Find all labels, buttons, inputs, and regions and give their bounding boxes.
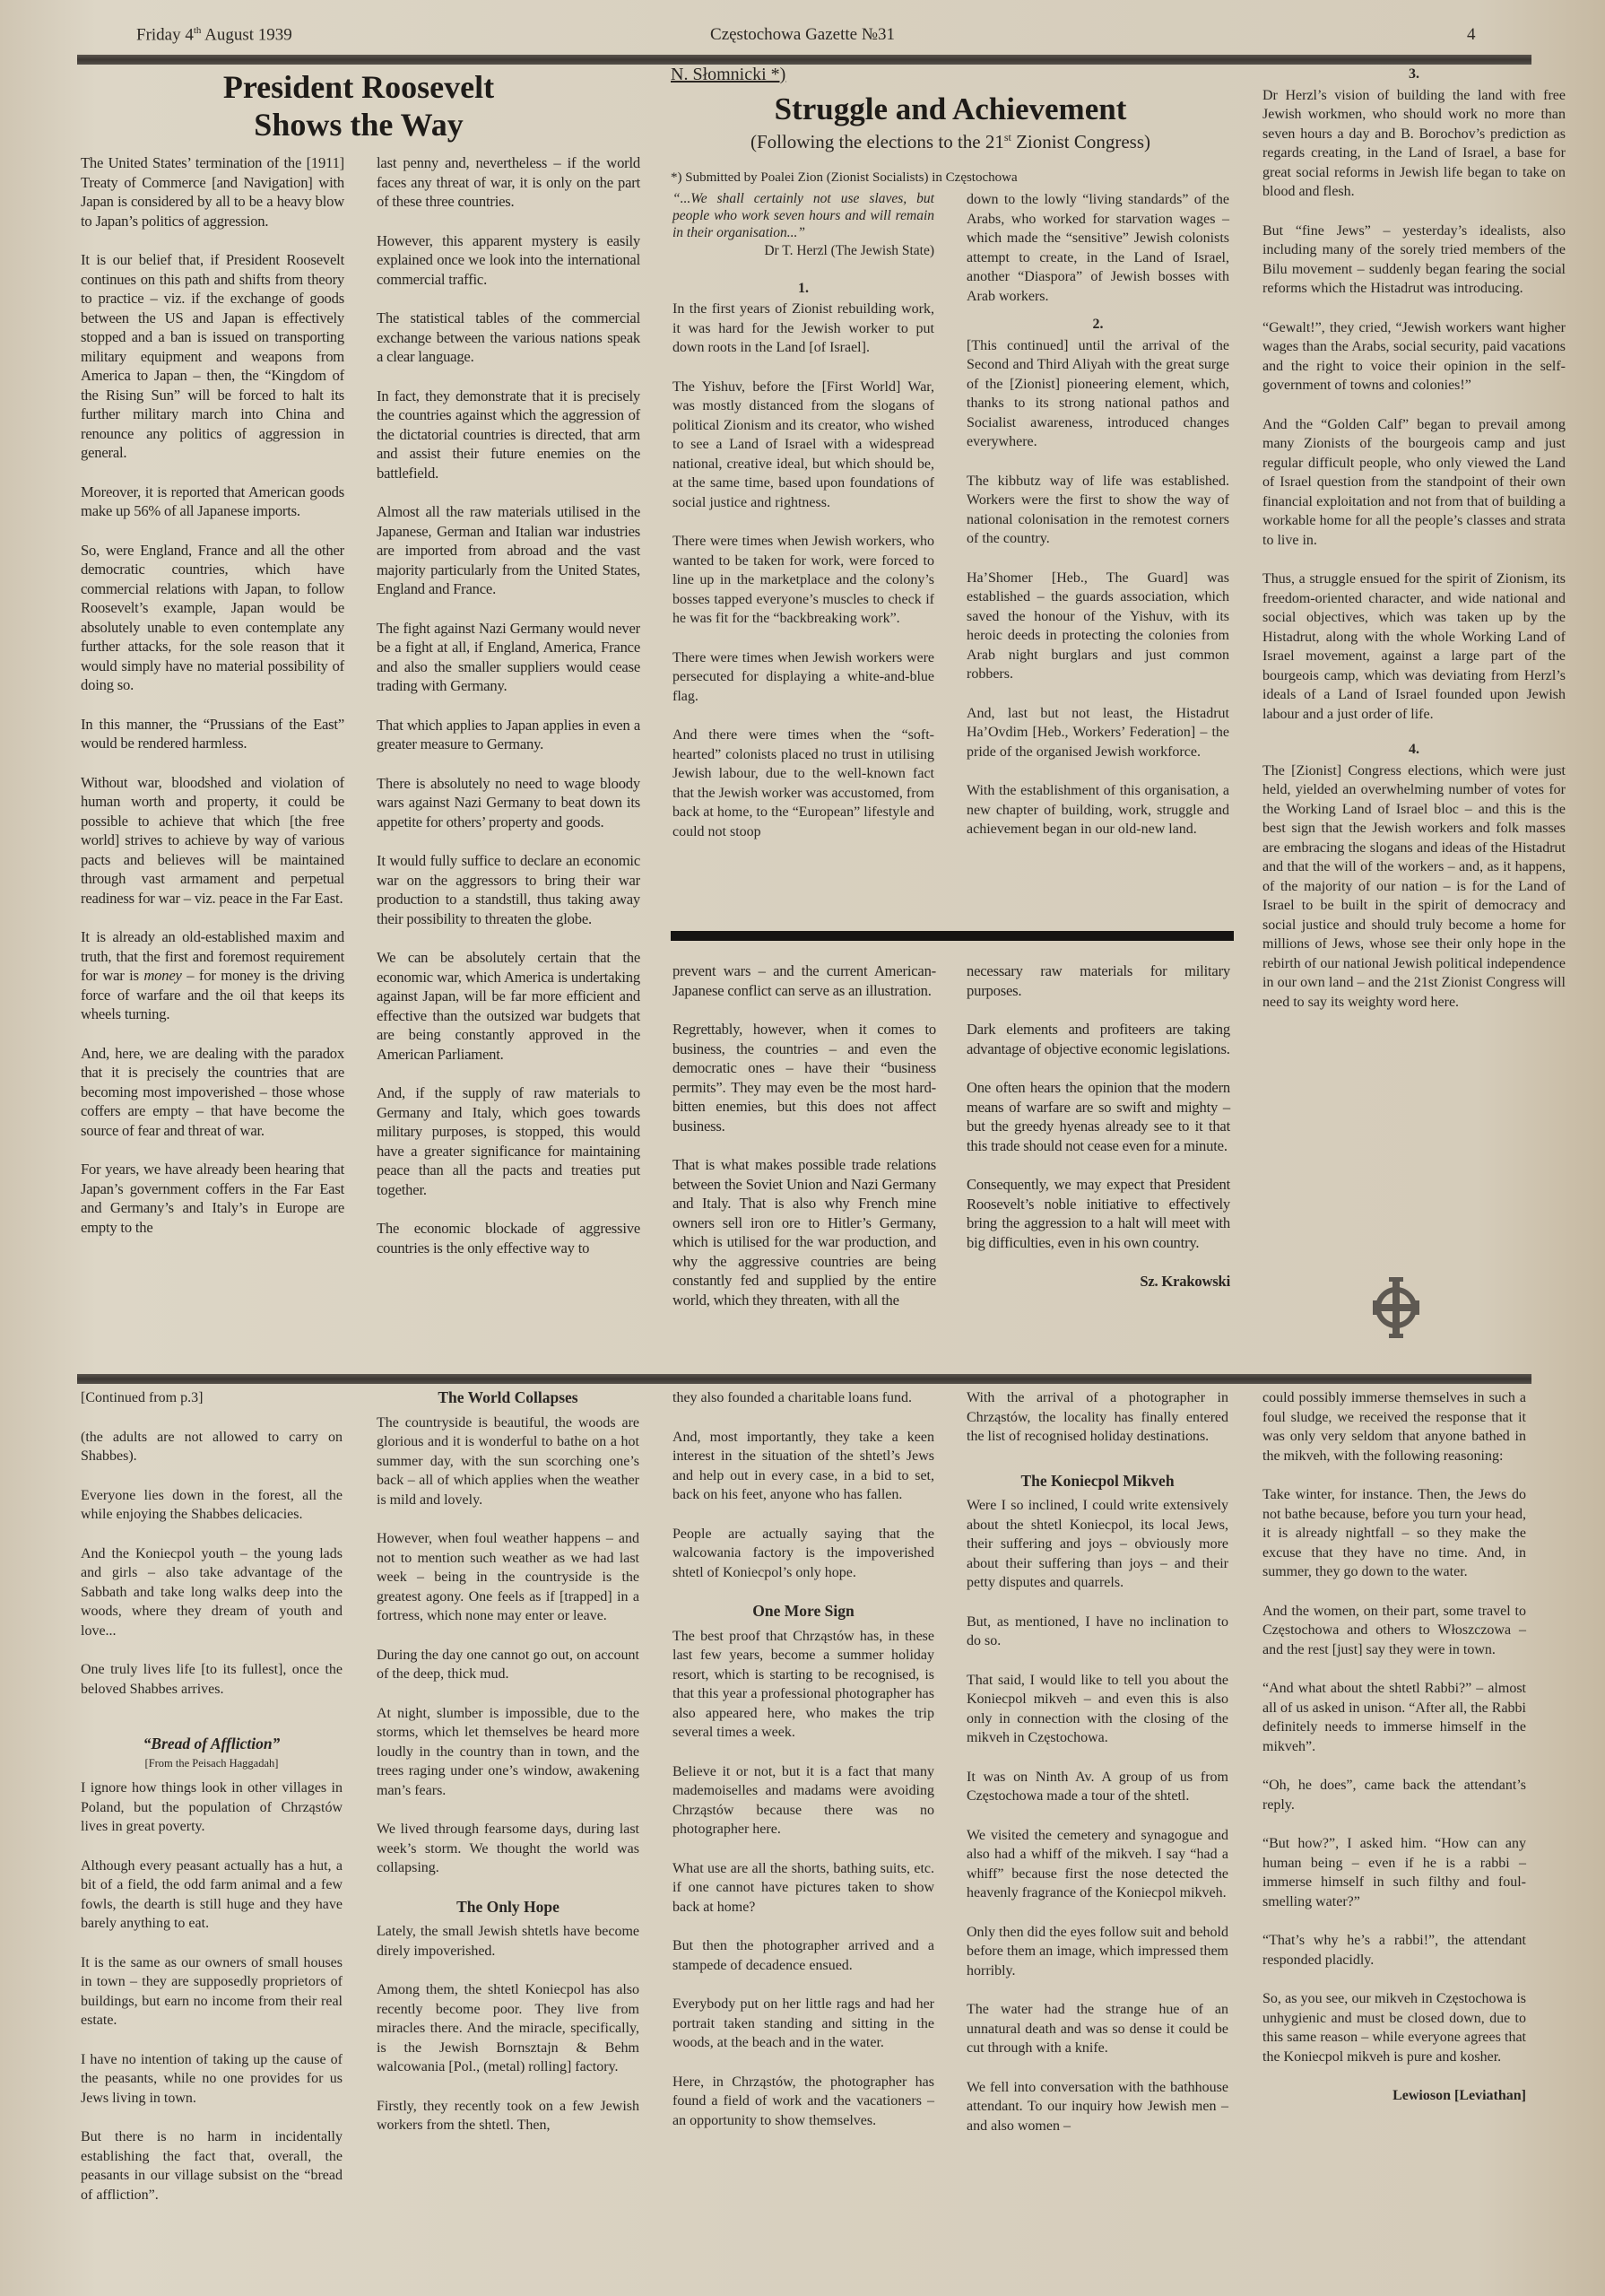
paragraph: And, last but not least, the Histadrut H…	[967, 704, 1229, 762]
paragraph: There were times when Jewish workers wer…	[672, 648, 934, 707]
paragraph: That is what makes possible trade relati…	[672, 1155, 936, 1309]
paragraph: Believe it or not, but it is a fact that…	[672, 1762, 934, 1839]
paragraph: And the “Golden Calf” began to prevail a…	[1262, 415, 1566, 551]
paragraph: But, as mentioned, I have no inclination…	[967, 1613, 1228, 1651]
paragraph: (the adults are not allowed to carry on …	[81, 1428, 343, 1466]
paragraph: down to the lowly “living standards” of …	[967, 190, 1229, 306]
paragraph: necessary raw materials for military pur…	[967, 961, 1230, 1000]
paragraph: I have no intention of taking up the cau…	[81, 2050, 343, 2109]
newspaper-page: Friday 4th August 1939 Częstochowa Gazet…	[0, 0, 1605, 2296]
decorative-cross-emblem-icon	[1365, 1272, 1427, 1344]
paragraph: Ha’Shomer [Heb., The Guard] was establis…	[967, 569, 1229, 684]
paragraph: The Yishuv, before the [First World] War…	[672, 378, 934, 513]
paragraph: Thus, a struggle ensued for the spirit o…	[1262, 570, 1566, 724]
struggle-column-3: 3. Dr Herzl’s vision of building the lan…	[1262, 65, 1566, 1031]
paragraph: Moreover, it is reported that American g…	[81, 483, 344, 521]
paragraph: Everyone lies down in the forest, all th…	[81, 1486, 343, 1525]
paragraph: With the arrival of a photographer in Ch…	[967, 1388, 1228, 1447]
struggle-column-2: down to the lowly “living standards” of …	[967, 190, 1229, 859]
paragraph: [This continued] until the arrival of th…	[967, 336, 1229, 452]
paragraph: The economic blockade of aggressive coun…	[377, 1219, 640, 1257]
koniecpol-column-2: The World Collapses The countryside is b…	[377, 1388, 639, 2155]
paragraph: It would fully suffice to declare an eco…	[377, 851, 640, 928]
paragraph: But then the photographer arrived and a …	[672, 1936, 934, 1975]
paragraph: In fact, they demonstrate that it is pre…	[377, 387, 640, 483]
gazette-title: Częstochowa Gazette №31	[0, 25, 1605, 45]
paragraph: “Gewalt!”, they cried, “Jewish workers w…	[1262, 318, 1566, 396]
paragraph: Without war, bloodshed and violation of …	[81, 773, 344, 909]
paragraph: We can be absolutely certain that the ec…	[377, 948, 640, 1064]
struggle-byline: N. Słomnicki *)	[671, 65, 785, 85]
mikveh-title: The Koniecpol Mikveh	[967, 1472, 1228, 1492]
roosevelt-column-3: prevent wars – and the current American-…	[672, 961, 936, 1329]
struggle-column-1: “...We shall certainly not use slaves, b…	[672, 190, 934, 861]
hope-title: The Only Hope	[377, 1898, 639, 1918]
paragraph: And, here, we are dealing with the parad…	[81, 1044, 344, 1141]
paragraph: Take winter, for instance. Then, the Jew…	[1262, 1485, 1526, 1582]
world-title: The World Collapses	[377, 1388, 639, 1408]
paragraph: And the women, on their part, some trave…	[1262, 1602, 1526, 1660]
paragraph: However, this apparent mystery is easily…	[377, 231, 640, 290]
paragraph: The water had the strange hue of an unna…	[967, 2000, 1228, 2058]
paragraph: During the day one cannot go out, on acc…	[377, 1646, 639, 1684]
paragraph: It was on Ninth Av. A group of us from C…	[967, 1768, 1228, 1806]
paragraph: Were I so inclined, I could write extens…	[967, 1496, 1228, 1593]
sign-title: One More Sign	[672, 1602, 934, 1622]
section-3-number: 3.	[1262, 65, 1566, 84]
paragraph: We fell into conversation with the bathh…	[967, 2078, 1228, 2136]
herzl-quote: “...We shall certainly not use slaves, b…	[672, 190, 934, 241]
paragraph: Almost all the raw materials utilised in…	[377, 502, 640, 599]
quote-attribution: Dr T. Herzl (The Jewish State)	[672, 241, 934, 261]
paragraph: The best proof that Chrząstów has, in th…	[672, 1627, 934, 1743]
roosevelt-column-1: The United States’ termination of the [1…	[81, 153, 344, 1257]
paragraph: There is absolutely no need to wage bloo…	[377, 774, 640, 832]
paragraph: I ignore how things look in other villag…	[81, 1779, 343, 1837]
paragraph: One often hears the opinion that the mod…	[967, 1078, 1230, 1155]
paragraph: And, most importantly, they take a keen …	[672, 1428, 934, 1505]
paragraph: The countryside is beautiful, the woods …	[377, 1413, 639, 1510]
paragraph: Firstly, they recently took on a few Jew…	[377, 2097, 639, 2135]
continued-note: [Continued from p.3]	[81, 1388, 343, 1408]
section-2-number: 2.	[967, 315, 1229, 335]
roosevelt-headline: President Roosevelt Shows the Way	[81, 68, 637, 143]
struggle-footnote: *) Submitted by Poalei Zion (Zionist Soc…	[671, 170, 1018, 186]
paragraph: In the first years of Zionist rebuilding…	[672, 300, 934, 358]
paragraph: “Oh, he does”, came back the attendant’s…	[1262, 1776, 1526, 1814]
top-rule	[77, 55, 1531, 65]
paragraph: Dark elements and profiteers are taking …	[967, 1020, 1230, 1058]
struggle-subtitle: (Following the elections to the 21st Zio…	[664, 131, 1237, 153]
paragraph: And there were times when the “soft-hear…	[672, 726, 934, 841]
roosevelt-column-4: necessary raw materials for military pur…	[967, 961, 1230, 1291]
money-paragraph: It is already an old-established maxim a…	[81, 927, 344, 1024]
paragraph: And the Koniecpol youth – the young lads…	[81, 1544, 343, 1641]
page-number: 4	[1467, 25, 1476, 45]
paragraph: Everybody put on her little rags and had…	[672, 1995, 934, 2053]
koniecpol-column-1: [Continued from p.3] (the adults are not…	[81, 1388, 343, 2224]
paragraph: Regrettably, however, when it comes to b…	[672, 1020, 936, 1135]
paragraph: Consequently, we may expect that Preside…	[967, 1175, 1230, 1252]
paragraph: It is our belief that, if President Roos…	[81, 250, 344, 463]
paragraph: One truly lives life [to its fullest], o…	[81, 1660, 343, 1699]
paragraph: The United States’ termination of the [1…	[81, 153, 344, 230]
paragraph: At night, slumber is impossible, due to …	[377, 1704, 639, 1801]
paragraph: With the establishment of this organisat…	[967, 781, 1229, 839]
paragraph: However, when foul weather happens – and…	[377, 1529, 639, 1626]
koniecpol-column-4: With the arrival of a photographer in Ch…	[967, 1388, 1228, 2155]
paragraph: And, if the supply of raw materials to G…	[377, 1083, 640, 1199]
koniecpol-signature: Lewioson [Leviathan]	[1262, 2086, 1526, 2106]
paragraph: We visited the cemetery and synagogue an…	[967, 1826, 1228, 1903]
paragraph: could possibly immerse themselves in suc…	[1262, 1388, 1526, 1465]
paragraph: People are actually saying that the walc…	[672, 1525, 934, 1583]
paragraph: “And what about the shtetl Rabbi?” – alm…	[1262, 1679, 1526, 1756]
paragraph: last penny and, nevertheless – if the wo…	[377, 153, 640, 212]
lower-rule	[77, 1374, 1531, 1384]
paragraph: What use are all the shorts, bathing sui…	[672, 1859, 934, 1918]
paragraph: “That’s why he’s a rabbi!”, the attendan…	[1262, 1931, 1526, 1970]
paragraph: But there is no harm in incidentally est…	[81, 2127, 343, 2205]
paragraph: prevent wars – and the current American-…	[672, 961, 936, 1000]
paragraph: Among them, the shtetl Koniecpol has als…	[377, 1980, 639, 2077]
paragraph: Here, in Chrząstów, the photographer has…	[672, 2073, 934, 2131]
paragraph: For years, we have already been hearing …	[81, 1160, 344, 1237]
paragraph: We lived through fearsome days, during l…	[377, 1820, 639, 1878]
paragraph: Although every peasant actually has a hu…	[81, 1857, 343, 1934]
roosevelt-signature: Sz. Krakowski	[967, 1272, 1230, 1291]
paragraph: In this manner, the “Prussians of the Ea…	[81, 715, 344, 753]
roosevelt-column-2: last penny and, nevertheless – if the wo…	[377, 153, 640, 1277]
bread-source: [From the Peisach Haggadah]	[81, 1754, 343, 1774]
paragraph: There were times when Jewish workers, wh…	[672, 532, 934, 629]
paragraph: That said, I would like to tell you abou…	[967, 1671, 1228, 1748]
paragraph: Lately, the small Jewish shtetls have be…	[377, 1922, 639, 1961]
paragraph: The statistical tables of the commercial…	[377, 309, 640, 367]
koniecpol-column-5: could possibly immerse themselves in suc…	[1262, 1388, 1526, 2106]
struggle-headline: Struggle and Achievement	[664, 90, 1237, 129]
paragraph: Dr Herzl’s vision of building the land w…	[1262, 86, 1566, 202]
paragraph: “But how?”, I asked him. “How can any hu…	[1262, 1834, 1526, 1911]
section-1-number: 1.	[672, 279, 934, 299]
koniecpol-column-3: they also founded a charitable loans fun…	[672, 1388, 934, 2150]
paragraph: The fight against Nazi Germany would nev…	[377, 619, 640, 696]
paragraph: The kibbutz way of life was established.…	[967, 472, 1229, 549]
section-4-number: 4.	[1262, 740, 1566, 760]
paragraph: they also founded a charitable loans fun…	[672, 1388, 934, 1408]
paragraph: So, as you see, our mikveh in Częstochow…	[1262, 1989, 1526, 2066]
paragraph: So, were England, France and all the oth…	[81, 541, 344, 695]
paragraph: The [Zionist] Congress elections, which …	[1262, 761, 1566, 1013]
paragraph: It is the same as our owners of small ho…	[81, 1953, 343, 2031]
section-divider	[671, 931, 1234, 941]
paragraph: But “fine Jews” – yesterday’s idealists,…	[1262, 222, 1566, 299]
paragraph: Only then did the eyes follow suit and b…	[967, 1923, 1228, 1981]
bread-title: “Bread of Affliction”	[81, 1735, 343, 1754]
paragraph: That which applies to Japan applies in e…	[377, 716, 640, 754]
